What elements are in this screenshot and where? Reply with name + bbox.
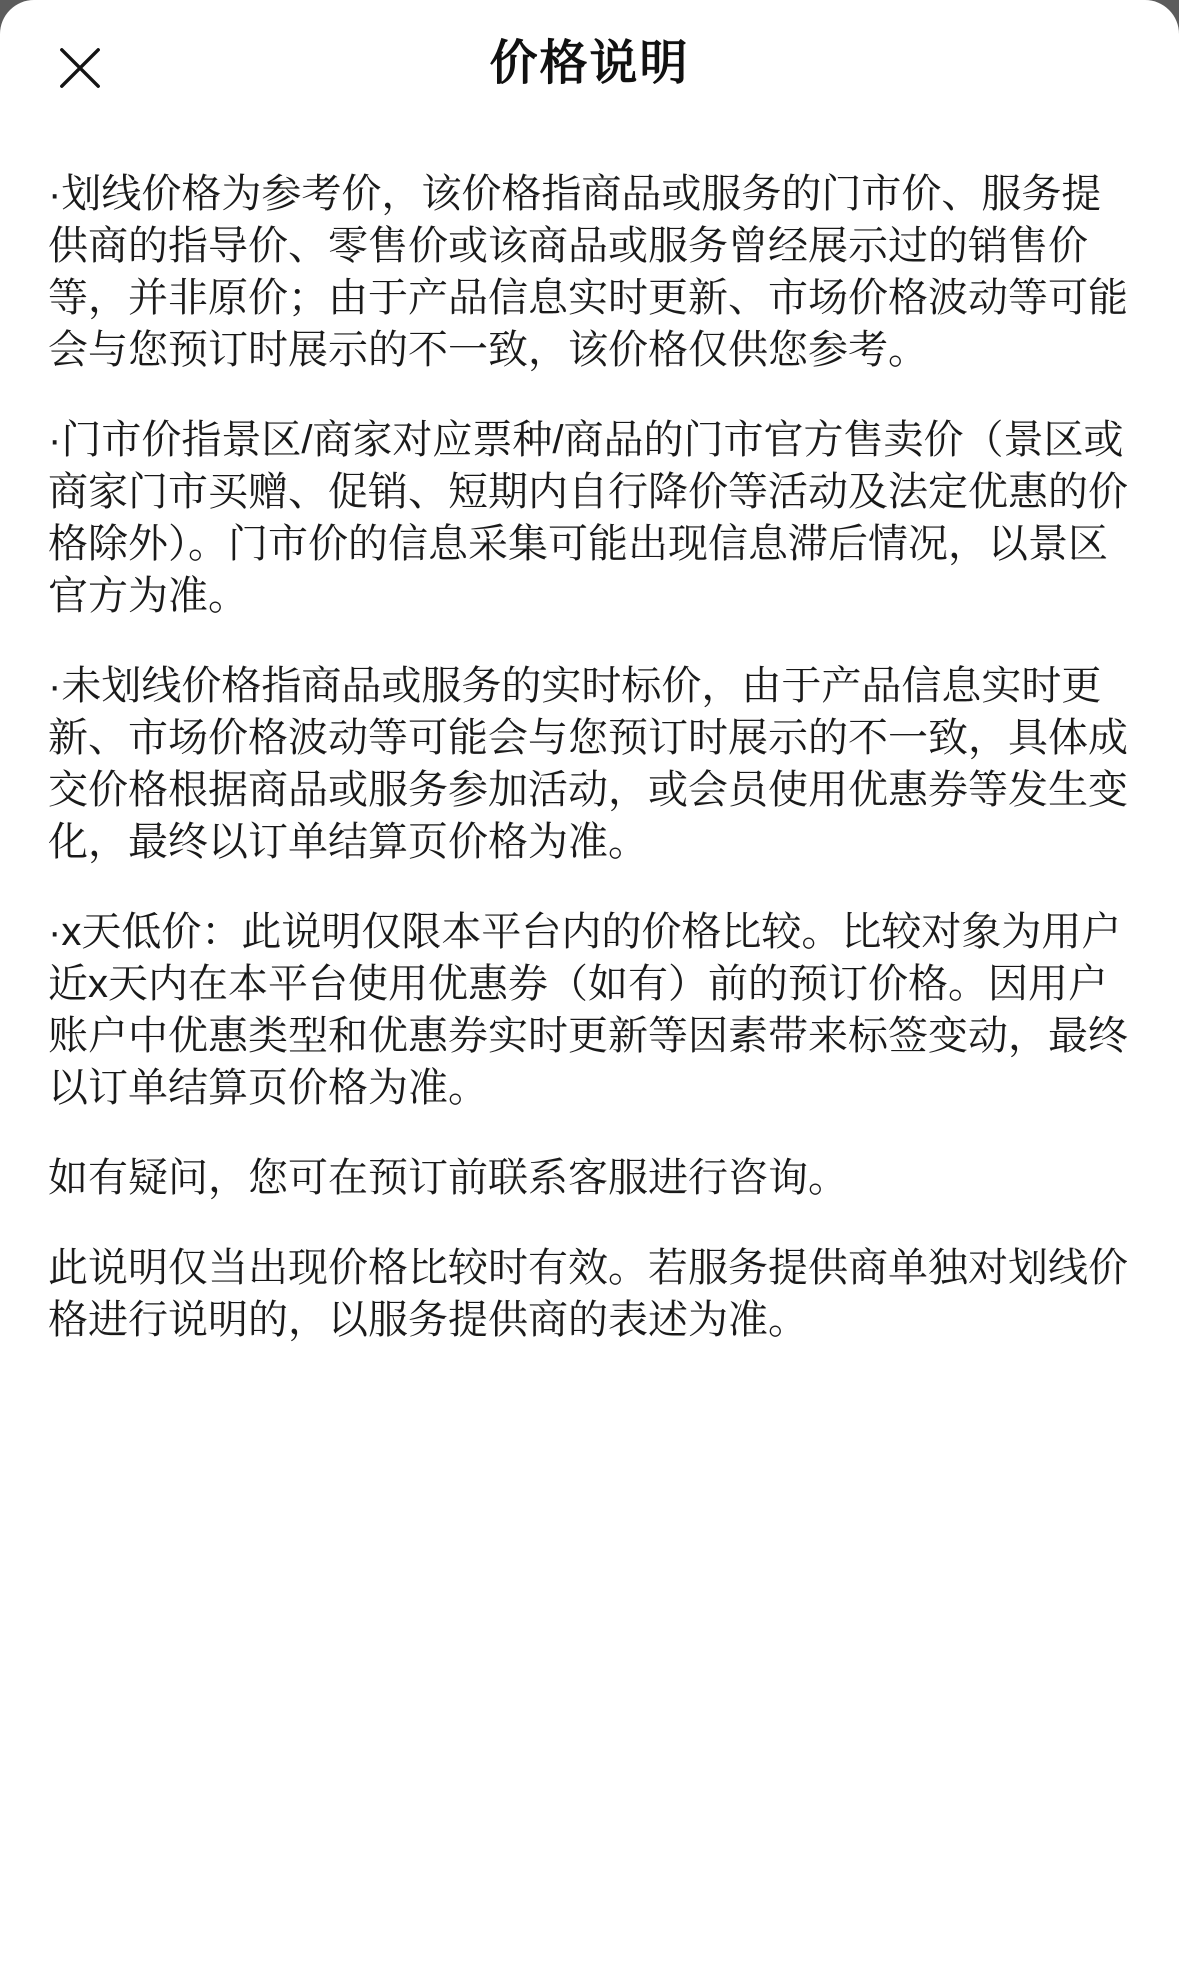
modal-title: 价格说明 [0, 0, 1179, 92]
price-note-validity: 此说明仅当出现价格比较时有效。若服务提供商单独对划线价格进行说明的，以服务提供商… [48, 1242, 1131, 1346]
price-note-x-day-low: ·x天低价：此说明仅限本平台内的价格比较。比较对象为用户近x天内在本平台使用优惠… [48, 906, 1131, 1114]
close-button[interactable] [50, 38, 110, 98]
price-note-strikethrough: ·划线价格为参考价，该价格指商品或服务的门市价、服务提供商的指导价、零售价或该商… [48, 168, 1131, 376]
modal-header: 价格说明 [0, 0, 1179, 96]
price-note-contact-support: 如有疑问，您可在预订前联系客服进行咨询。 [48, 1152, 1131, 1204]
price-note-listed-price: ·门市价指景区/商家对应票种/商品的门市官方售卖价（景区或商家门市买赠、促销、短… [48, 414, 1131, 622]
close-icon [57, 45, 103, 91]
price-note-unstruck-price: ·未划线价格指商品或服务的实时标价，由于产品信息实时更新、市场价格波动等可能会与… [48, 660, 1131, 868]
app-screen: 价格说明 ·划线价格为参考价，该价格指商品或服务的门市价、服务提供商的指导价、零… [0, 0, 1179, 1981]
price-explanation-modal: 价格说明 ·划线价格为参考价，该价格指商品或服务的门市价、服务提供商的指导价、零… [0, 0, 1179, 1981]
modal-body: ·划线价格为参考价，该价格指商品或服务的门市价、服务提供商的指导价、零售价或该商… [0, 96, 1179, 1346]
